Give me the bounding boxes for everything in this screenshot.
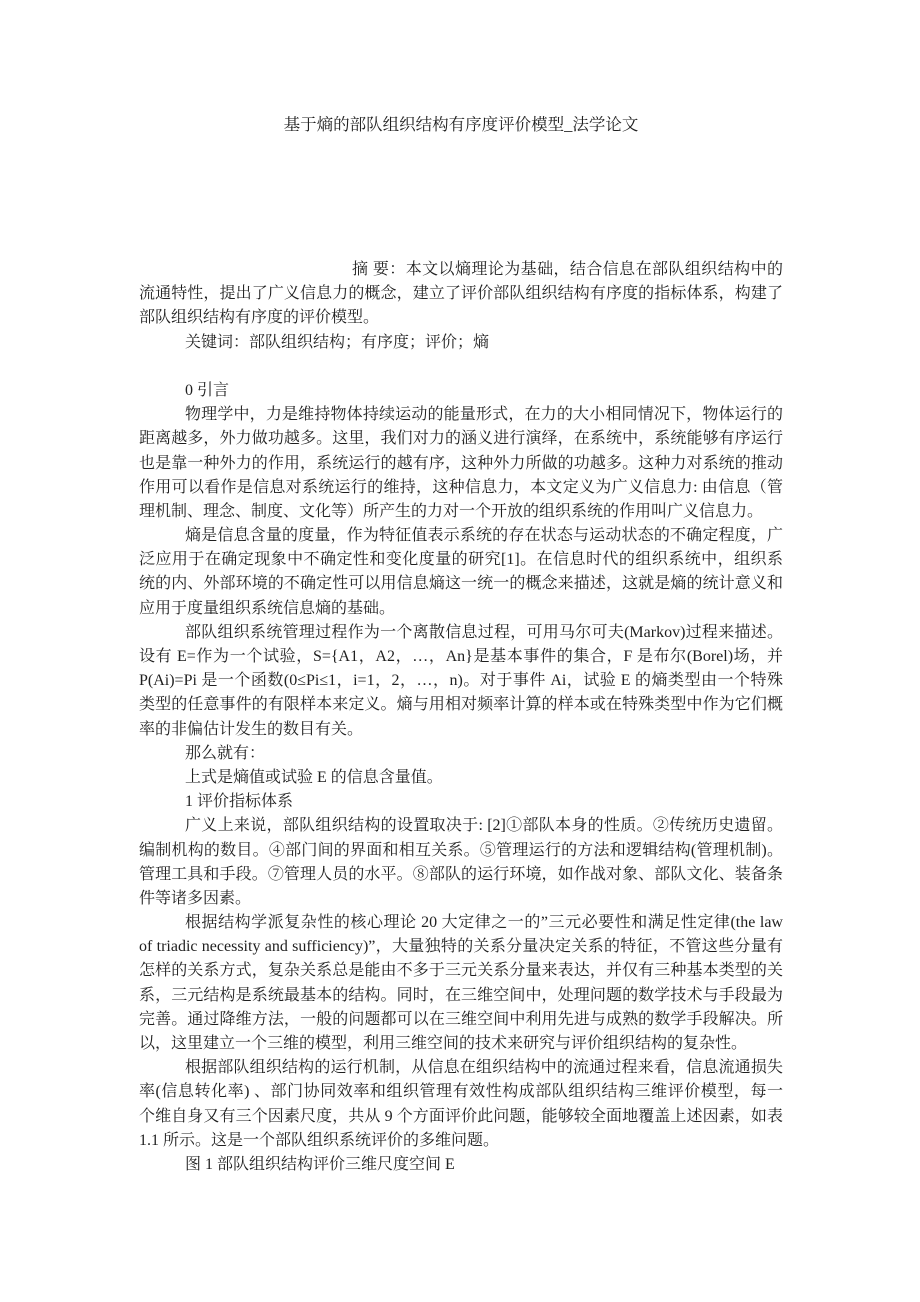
text-line: 熵是信息含量的度量，作为特征值表示系统的存在状态与运动状态的不确定程度，广: [139, 524, 783, 548]
text-line: 1 评价指标体系: [139, 790, 783, 814]
text-line: 关键词：部队组织结构；有序度；评价；熵: [139, 331, 783, 355]
body-paragraph: 物理学中，力是维持物体持续运动的能量形式，在力的大小相同情况下，物体运行的距离越…: [139, 403, 783, 524]
body-paragraph: 广义上来说，部队组织结构的设置取决于: [2]①部队本身的性质。②传统历史遗留。…: [139, 814, 783, 911]
document-page: 基于熵的部队组织结构有序度评价模型_法学论文 摘 要：本文以熵理论为基础，结合信…: [0, 0, 920, 1302]
text-line: 怎样的关系方式，复杂关系总是能由不多于三元关系分量来表达，并仅有三种基本类型的关: [139, 959, 783, 983]
abstract-paragraph: 摘 要：本文以熵理论为基础，结合信息在部队组织结构中的流通特性，提出了广义信息力…: [139, 258, 783, 331]
text-line: 物理学中，力是维持物体持续运动的能量形式，在力的大小相同情况下，物体运行的: [139, 403, 783, 427]
section-heading: 0 引言: [139, 379, 783, 403]
body-paragraph: 部队组织系统管理过程作为一个离散信息过程，可用马尔可夫(Markov)过程来描述…: [139, 621, 783, 742]
section-heading: 1 评价指标体系: [139, 790, 783, 814]
text-line: 完善。通过降维方法，一般的问题都可以在三维空间中利用先进与成熟的数学手段解决。所: [139, 1008, 783, 1032]
text-line: 摘 要：本文以熵理论为基础，结合信息在部队组织结构中的: [139, 258, 783, 282]
body-paragraph: 上式是熵值或试验 E 的信息含量值。: [139, 766, 783, 790]
text-line: 图 1 部队组织结构评价三维尺度空间 E: [139, 1153, 783, 1177]
body-paragraph: 根据部队组织结构的运行机制，从信息在组织结构中的流通过程来看，信息流通损失率(信…: [139, 1056, 783, 1153]
text-line: 根据结构学派复杂性的核心理论 20 大定律之一的”三元必要性和满足性定律(the…: [139, 911, 783, 935]
text-line: 那么就有：: [139, 742, 783, 766]
text-line: 管理工具和手段。⑦管理人员的水平。⑧部队的运行环境，如作战对象、部队文化、装备条: [139, 863, 783, 887]
text-line: 类型的任意事件的有限样本来定义。熵与用相对频率计算的样本或在特殊类型中作为它们概: [139, 693, 783, 717]
body-paragraph: 熵是信息含量的度量，作为特征值表示系统的存在状态与运动状态的不确定程度，广泛应用…: [139, 524, 783, 621]
text-line: 个维自身又有三个因素尺度，共从 9 个方面评价此问题，能够较全面地覆盖上述因素，…: [139, 1105, 783, 1129]
text-line: of triadic necessity and sufficiency)”，大…: [139, 935, 783, 959]
body-paragraph: 那么就有：: [139, 742, 783, 766]
figure-caption: 图 1 部队组织结构评价三维尺度空间 E: [139, 1153, 783, 1177]
text-line: 广义上来说，部队组织结构的设置取决于: [2]①部队本身的性质。②传统历史遗留。…: [139, 814, 783, 838]
text-line: 以，这里建立一个三维的模型，利用三维空间的技术来研究与评价组织结构的复杂性。: [139, 1032, 783, 1056]
text-line: 设有 E=作为一个试验，S={A1，A2，…，An}是基本事件的集合，F 是布尔…: [139, 645, 783, 669]
body-paragraph: 根据结构学派复杂性的核心理论 20 大定律之一的”三元必要性和满足性定律(the…: [139, 911, 783, 1056]
text-line: 泛应用于在确定现象中不确定性和变化度量的研究[1]。在信息时代的组织系统中，组织…: [139, 548, 783, 572]
keywords-line: 关键词：部队组织结构；有序度；评价；熵: [139, 331, 783, 355]
text-line: 率的非偏估计发生的数目有关。: [139, 718, 783, 742]
document-body: 摘 要：本文以熵理论为基础，结合信息在部队组织结构中的流通特性，提出了广义信息力…: [139, 258, 783, 1177]
text-line: 部队组织结构有序度的评价模型。: [139, 306, 783, 330]
text-line: 率(信息转化率) 、部门协同效率和组织管理有效性构成部队组织结构三维评价模型，每…: [139, 1080, 783, 1104]
text-line: 统的内、外部环境的不确定性可以用信息熵这一统一的概念来描述，这就是熵的统计意义和: [139, 572, 783, 596]
text-line: 上式是熵值或试验 E 的信息含量值。: [139, 766, 783, 790]
text-line: 部队组织系统管理过程作为一个离散信息过程，可用马尔可夫(Markov)过程来描述…: [139, 621, 783, 645]
text-line: 距离越多，外力做功越多。这里，我们对力的涵义进行演绎，在系统中，系统能够有序运行: [139, 427, 783, 451]
document-title: 基于熵的部队组织结构有序度评价模型_法学论文: [139, 113, 783, 137]
text-line: 编制机构的数目。④部门间的界面和相互关系。⑤管理运行的方法和逻辑结构(管理机制)…: [139, 839, 783, 863]
text-line: 系，三元结构是系统最基本的结构。同时，在三维空间中，处理问题的数学技术与手段最为: [139, 984, 783, 1008]
text-line: 件等诸多因素。: [139, 887, 783, 911]
text-line: 流通特性，提出了广义信息力的概念，建立了评价部队组织结构有序度的指标体系，构建了: [139, 282, 783, 306]
text-line: 也是靠一种外力的作用，系统运行的越有序，这种外力所做的功越多。这种力对系统的推动: [139, 452, 783, 476]
text-line: 应用于度量组织系统信息熵的基础。: [139, 597, 783, 621]
text-line: 理机制、理念、制度、文化等）所产生的力对一个开放的组织系统的作用叫广义信息力。: [139, 500, 783, 524]
text-line: 0 引言: [139, 379, 783, 403]
text-line: 1.1 所示。这是一个部队组织系统评价的多维问题。: [139, 1129, 783, 1153]
text-line: 根据部队组织结构的运行机制，从信息在组织结构中的流通过程来看，信息流通损失: [139, 1056, 783, 1080]
text-line: P(Ai)=Pi 是一个函数(0≤Pi≤1，i=1，2，…，n)。对于事件 Ai…: [139, 669, 783, 693]
text-line: 作用可以看作是信息对系统运行的维持，这种信息力，本文定义为广义信息力: 由信息（…: [139, 476, 783, 500]
